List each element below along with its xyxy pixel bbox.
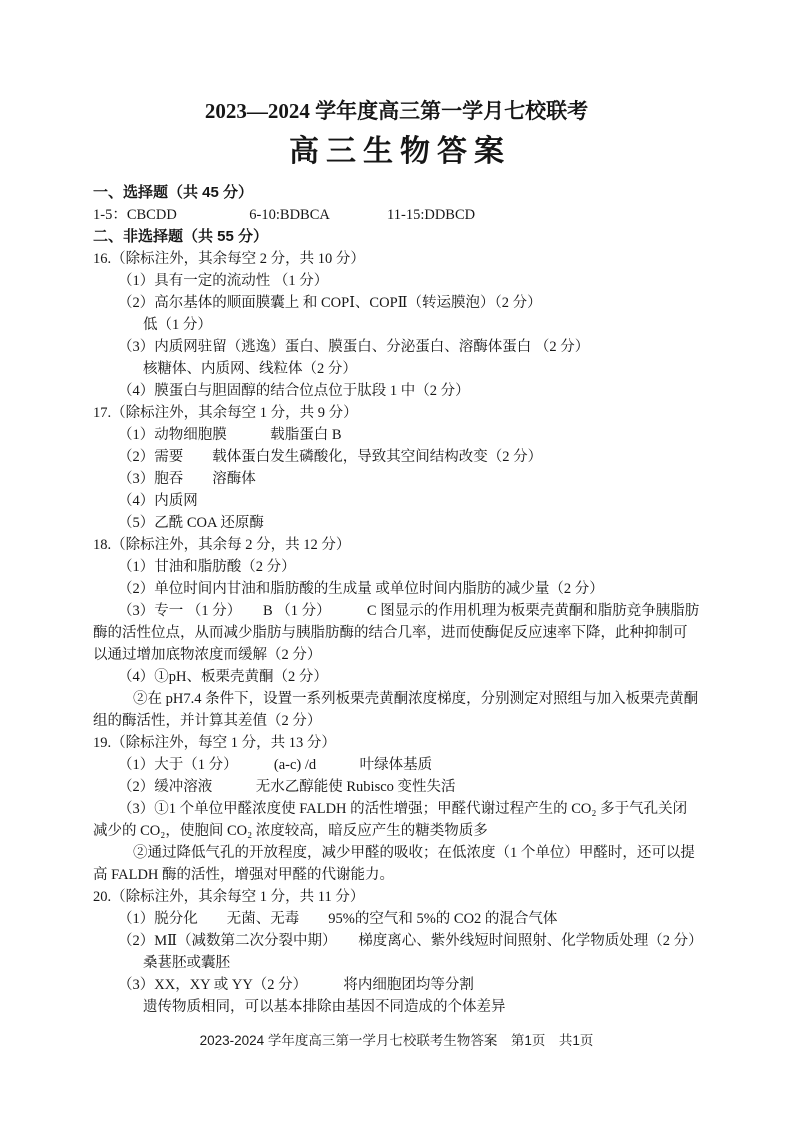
page-footer: 2023-2024 学年度高三第一学月七校联考生物答案 第1页 共1页 xyxy=(0,1032,793,1050)
answer-sheet-page: 2023—2024 学年度高三第一学月七校联考 高三生物答案 一、选择题（共 4… xyxy=(0,0,793,1122)
q18-answer-4-part1: （4）①pH、板栗壳黄酮（2 分） xyxy=(93,666,700,688)
q18-answer-4-part2: ②在 pH7.4 条件下，设置一系列板栗壳黄酮浓度梯度，分别测定对照组与加入板栗… xyxy=(93,688,700,732)
section-choice-heading: 一、选择题（共 45 分） xyxy=(93,182,700,204)
q19-answer-3-part1: （3）①1 个单位甲醛浓度使 FALDH 的活性增强；甲醛代谢过程产生的 CO₂… xyxy=(93,798,700,842)
choice-answers-line: 1-5：CBCDD 6-10:BDBCA 11-15:DDBCD xyxy=(93,204,700,226)
q17-answer-5: （5）乙酰 COA 还原酶 xyxy=(93,512,700,534)
answer-sheet-title: 高三生物答案 xyxy=(93,134,700,170)
q19-answer-2: （2）缓冲溶液 无水乙醇能使 Rubisco 变性失活 xyxy=(93,776,700,798)
q16-answer-2b: 低（1 分） xyxy=(93,314,700,336)
q20-answer-3: （3）XX，XY 或 YY（2 分） 将内细胞团均等分割 xyxy=(93,974,700,996)
q20-answer-3b: 遗传物质相同，可以基本排除由基因不同造成的个体差异 xyxy=(93,996,700,1018)
q20-answer-1: （1）脱分化 无菌、无毒 95%的空气和 5%的 CO2 的混合气体 xyxy=(93,908,700,930)
q19-answer-1: （1）大于（1 分） (a-c) /d 叶绿体基质 xyxy=(93,754,700,776)
q16-answer-3b: 核糖体、内质网、线粒体（2 分） xyxy=(93,358,700,380)
q18-answer-1: （1）甘油和脂肪酸（2 分） xyxy=(93,556,700,578)
q20-answer-2: （2）MⅡ（减数第二次分裂中期） 梯度离心、紫外线短时间照射、化学物质处理（2 … xyxy=(93,930,700,952)
q18-header: 18.（除标注外，其余每 2 分，共 12 分） xyxy=(93,534,700,556)
q20-header: 20.（除标注外，其余每空 1 分，共 11 分） xyxy=(93,886,700,908)
q18-answer-2: （2）单位时间内甘油和脂肪酸的生成量 或单位时间内脂肪的减少量（2 分） xyxy=(93,578,700,600)
q18-answer-3: （3）专一 （1 分） B （1 分） C 图显示的作用机理为板栗壳黄酮和脂肪竞… xyxy=(93,600,700,666)
answer-body: 一、选择题（共 45 分） 1-5：CBCDD 6-10:BDBCA 11-15… xyxy=(93,182,700,1018)
q17-answer-1: （1）动物细胞膜 载脂蛋白 B xyxy=(93,424,700,446)
q16-answer-2: （2）高尔基体的顺面膜囊上 和 COPⅠ、COPⅡ（转运膜泡）（2 分） xyxy=(93,292,700,314)
q17-answer-3: （3）胞吞 溶酶体 xyxy=(93,468,700,490)
q16-answer-3: （3）内质网驻留（逃逸）蛋白、膜蛋白、分泌蛋白、溶酶体蛋白 （2 分） xyxy=(93,336,700,358)
section-nonchoice-heading: 二、非选择题（共 55 分） xyxy=(93,226,700,248)
exam-session-title: 2023—2024 学年度高三第一学月七校联考 xyxy=(93,98,700,124)
q17-header: 17.（除标注外，其余每空 1 分，共 9 分） xyxy=(93,402,700,424)
q16-header: 16.（除标注外，其余每空 2 分，共 10 分） xyxy=(93,248,700,270)
q20-answer-2b: 桑葚胚或囊胚 xyxy=(93,952,700,974)
q17-answer-4: （4）内质网 xyxy=(93,490,700,512)
q16-answer-4: （4）膜蛋白与胆固醇的结合位点位于肽段 1 中（2 分） xyxy=(93,380,700,402)
q17-answer-2: （2）需要 载体蛋白发生磷酸化，导致其空间结构改变（2 分） xyxy=(93,446,700,468)
document-content: 2023—2024 学年度高三第一学月七校联考 高三生物答案 一、选择题（共 4… xyxy=(93,98,700,1018)
q19-header: 19.（除标注外，每空 1 分，共 13 分） xyxy=(93,732,700,754)
q19-answer-3-part2: ②通过降低气孔的开放程度，减少甲醛的吸收；在低浓度（1 个单位）甲醛时，还可以提… xyxy=(93,842,700,886)
q16-answer-1: （1）具有一定的流动性 （1 分） xyxy=(93,270,700,292)
